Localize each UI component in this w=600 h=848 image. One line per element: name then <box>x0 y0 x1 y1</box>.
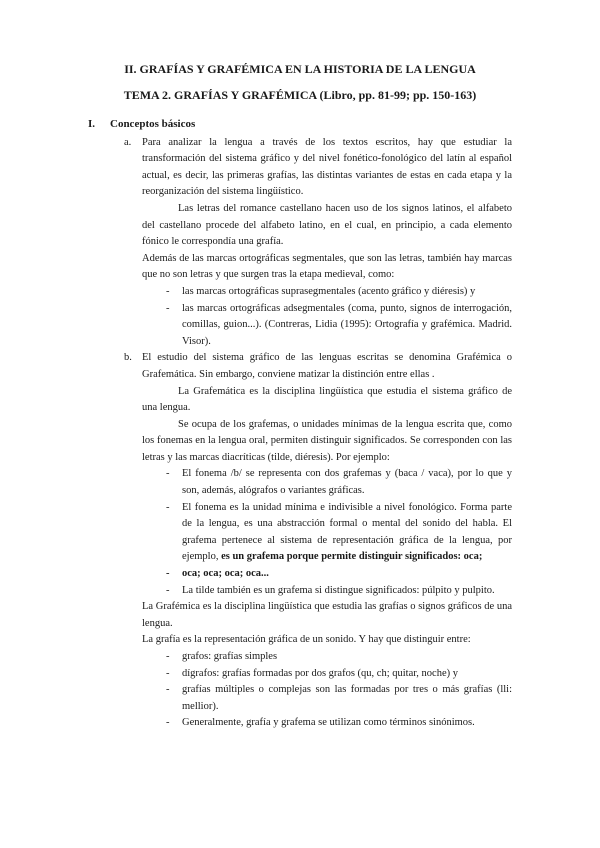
list-item: - dígrafos: grafías formadas por dos gra… <box>142 666 512 683</box>
list-item-text: La tilde también es un grafema si distin… <box>182 583 512 600</box>
list-item-text-normal: La tilde también es un grafema si distin… <box>182 585 495 596</box>
list-item-text: grafos: grafías simples <box>182 649 512 666</box>
section-heading: I. Conceptos básicos <box>88 116 512 133</box>
dash-marker: - <box>166 301 182 351</box>
list-item: - La tilde también es un grafema si dist… <box>142 583 512 600</box>
dash-marker: - <box>166 284 182 301</box>
list-item: - grafías múltiples o complejas son las … <box>142 682 512 715</box>
list-item-a-marker: a. <box>124 135 142 351</box>
list-item-text: Generalmente, grafía y grafema se utiliz… <box>182 715 512 732</box>
dash-marker: - <box>166 666 182 683</box>
paragraph: Se ocupa de los grafemas, o unidades mín… <box>142 417 512 467</box>
list-item: - las marcas ortográficas suprasegmental… <box>142 284 512 301</box>
list-item-text-bold: oca; oca; oca; oca... <box>182 568 269 579</box>
dash-marker: - <box>166 566 182 583</box>
document-subtitle: TEMA 2. GRAFÍAS Y GRAFÉMICA (Libro, pp. … <box>88 88 512 102</box>
list-item-b-body: El estudio del sistema gráfico de las le… <box>142 350 512 732</box>
dash-marker: - <box>166 500 182 566</box>
list-item: - oca; oca; oca; oca... <box>142 566 512 583</box>
list-item-text: las marcas ortográficas adsegmentales (c… <box>182 301 512 351</box>
list-item-text: grafías múltiples o complejas son las fo… <box>182 682 512 715</box>
list-item-text: El fonema /b/ se representa con dos graf… <box>182 466 512 499</box>
dash-marker: - <box>166 682 182 715</box>
paragraph: Las letras del romance castellano hacen … <box>142 201 512 251</box>
list-item-text: las marcas ortográficas suprasegmentales… <box>182 284 512 301</box>
dash-marker: - <box>166 583 182 600</box>
list-item-text-bold: es un grafema porque permite distinguir … <box>221 551 482 562</box>
dash-marker: - <box>166 649 182 666</box>
list-item-a: a. Para analizar la lengua a través de l… <box>88 135 512 351</box>
list-item-b-marker: b. <box>124 350 142 732</box>
paragraph: Además de las marcas ortográficas segmen… <box>142 251 512 284</box>
dash-marker: - <box>166 466 182 499</box>
list-item: - El fonema /b/ se representa con dos gr… <box>142 466 512 499</box>
list-item: - El fonema es la unidad mínima e indivi… <box>142 500 512 566</box>
document-title: II. GRAFÍAS Y GRAFÉMICA EN LA HISTORIA D… <box>88 62 512 76</box>
list-item: - Generalmente, grafía y grafema se util… <box>142 715 512 732</box>
list-item-a-body: Para analizar la lengua a través de los … <box>142 135 512 351</box>
list-item-text: El fonema es la unidad mínima e indivisi… <box>182 500 512 566</box>
document-page: II. GRAFÍAS Y GRAFÉMICA EN LA HISTORIA D… <box>0 0 600 848</box>
list-item-text-normal: El fonema /b/ se representa con dos graf… <box>182 468 512 496</box>
list-item-text: dígrafos: grafías formadas por dos grafo… <box>182 666 512 683</box>
paragraph: La grafía es la representación gráfica d… <box>142 632 512 649</box>
list-item: - las marcas ortográficas adsegmentales … <box>142 301 512 351</box>
section-title: Conceptos básicos <box>110 116 195 133</box>
list-item-b: b. El estudio del sistema gráfico de las… <box>88 350 512 732</box>
dash-marker: - <box>166 715 182 732</box>
paragraph: Para analizar la lengua a través de los … <box>142 135 512 201</box>
section-number: I. <box>88 116 110 133</box>
paragraph: La Grafémica es la disciplina lingüístic… <box>142 599 512 632</box>
list-item: - grafos: grafías simples <box>142 649 512 666</box>
paragraph: El estudio del sistema gráfico de las le… <box>142 350 512 383</box>
paragraph: La Grafemática es la disciplina lingüíst… <box>142 384 512 417</box>
list-item-text: oca; oca; oca; oca... <box>182 566 512 583</box>
